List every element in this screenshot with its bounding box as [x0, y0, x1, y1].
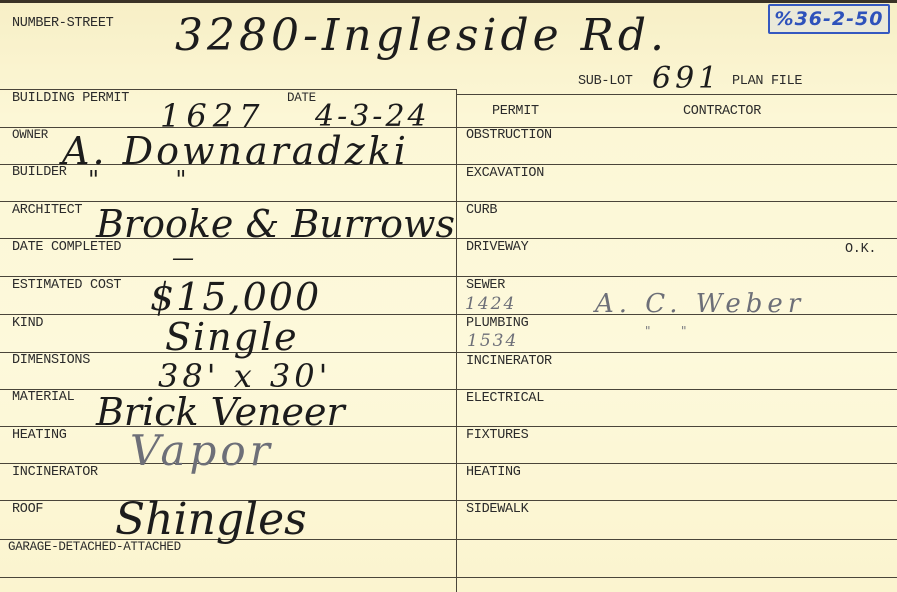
label-incinerator: INCINERATOR — [12, 466, 98, 480]
label-owner: OWNER — [12, 129, 48, 142]
card-top-edge — [0, 0, 897, 3]
permit-row-heating: HEATING — [466, 466, 521, 480]
label-sub-lot: SUB-LOT — [578, 75, 633, 89]
value-building-permit: 1627 — [160, 100, 265, 132]
plumbing-permit-number: 1534 — [467, 333, 518, 350]
sewer-permit-number: 1424 — [465, 296, 516, 313]
driveway-note: O.K. — [845, 243, 876, 257]
value-owner: A. Downaradzki — [62, 132, 409, 170]
header-contractor: CONTRACTOR — [683, 105, 761, 119]
label-number-street: NUMBER-STREET — [12, 17, 113, 31]
value-estimated-cost: $15,000 — [150, 278, 321, 316]
label-estimated-cost: ESTIMATED COST — [12, 279, 121, 293]
permit-row-excavation: EXCAVATION — [466, 167, 544, 181]
permit-row-curb: CURB — [466, 204, 497, 218]
file-stamp: %36-2-50 — [768, 4, 890, 34]
permit-row-plumbing: PLUMBING — [466, 317, 528, 331]
label-builder: BUILDER — [12, 166, 67, 180]
value-roof: Shingles — [115, 498, 307, 542]
label-plan-file: PLAN FILE — [732, 75, 802, 89]
permit-row-fixtures: FIXTURES — [466, 429, 528, 443]
value-architect: Brooke & Burrows — [96, 205, 455, 243]
permit-row-obstruction: OBSTRUCTION — [466, 129, 552, 143]
permit-row-electrical: ELECTRICAL — [466, 392, 544, 406]
label-date-completed: DATE COMPLETED — [12, 241, 121, 255]
label-garage: GARAGE-DETACHED-ATTACHED — [8, 541, 181, 554]
header-permit: PERMIT — [492, 105, 539, 119]
label-material: MATERIAL — [12, 391, 74, 405]
value-date-completed: — — [172, 248, 194, 270]
label-dimensions: DIMENSIONS — [12, 354, 90, 368]
value-kind: Single — [165, 318, 299, 356]
value-sub-lot: 691 — [652, 64, 721, 94]
value-dimensions: 38' x 30' — [158, 360, 331, 392]
permit-row-incinerator: INCINERATOR — [466, 355, 552, 369]
label-date: DATE — [287, 92, 316, 105]
label-heating: HEATING — [12, 429, 67, 443]
value-number-street: 3280-Ingleside Rd. — [175, 14, 668, 58]
label-building-permit: BUILDING PERMIT — [12, 92, 129, 106]
plumbing-contractor: " " — [645, 325, 687, 337]
label-kind: KIND — [12, 317, 43, 331]
label-roof: ROOF — [12, 503, 43, 517]
permit-row-driveway: DRIVEWAY — [466, 241, 528, 255]
permit-row-sidewalk: SIDEWALK — [466, 503, 528, 517]
permit-row-sewer: SEWER — [466, 279, 505, 293]
value-builder: " " — [88, 168, 186, 192]
value-date: 4-3-24 — [315, 102, 430, 132]
permit-card: %36-2-50 NUMBER-STREET 3280-Ingleside Rd… — [0, 0, 897, 592]
sewer-contractor: A. C. Weber — [595, 291, 805, 317]
label-architect: ARCHITECT — [12, 204, 82, 218]
value-heating: Vapor — [130, 430, 274, 472]
